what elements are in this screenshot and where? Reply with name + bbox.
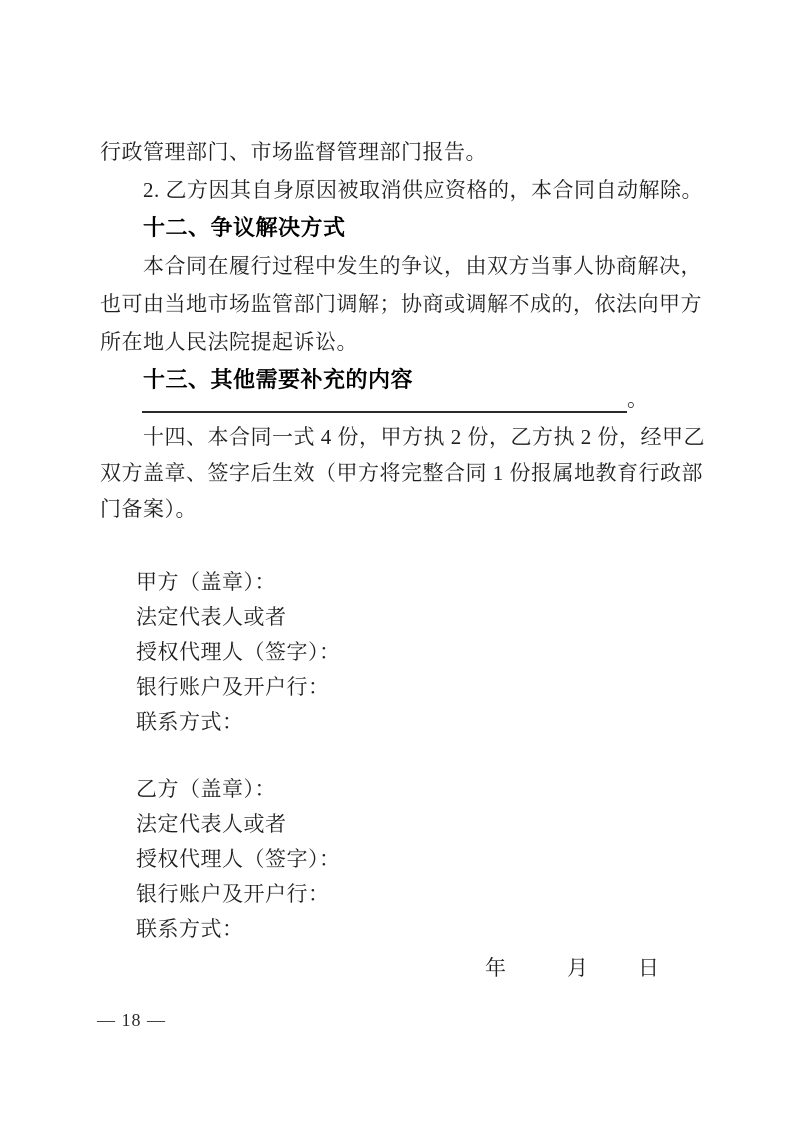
party-b-signature-block: 乙方（盖章）： 法定代表人或者 授权代理人（签字）： 银行账户及开户行： 联系方… xyxy=(100,772,710,947)
clause2-line: 2. 乙方因其自身原因被取消供应资格的，本合同自动解除。 xyxy=(100,171,710,209)
party-a-agent-line: 授权代理人（签字）： xyxy=(100,635,710,670)
party-b-contact-line: 联系方式： xyxy=(100,912,710,947)
party-b-bank-line: 银行账户及开户行： xyxy=(100,877,710,912)
report-line: 行政管理部门、市场监督管理部门报告。 xyxy=(100,133,710,171)
dispute-line-1: 本合同在履行过程中发生的争议，由双方当事人协商解决， xyxy=(100,247,710,285)
date-line: 年月日 xyxy=(100,950,659,986)
main-text-block: 行政管理部门、市场监督管理部门报告。 2. 乙方因其自身原因被取消供应资格的，本… xyxy=(100,133,710,399)
page-number: — 18 — xyxy=(97,1005,166,1035)
blank-terminator: 。 xyxy=(627,387,648,411)
clause14-line-3: 门备案）。 xyxy=(100,491,710,527)
party-a-contact-line: 联系方式： xyxy=(100,705,710,740)
document-page: 行政管理部门、市场监督管理部门报告。 2. 乙方因其自身原因被取消供应资格的，本… xyxy=(0,0,793,1121)
clause14-line-2: 双方盖章、签字后生效（甲方将完整合同 1 份报属地教育行政部 xyxy=(100,455,710,491)
party-b-seal-line: 乙方（盖章）： xyxy=(100,772,710,807)
party-a-bank-line: 银行账户及开户行： xyxy=(100,670,710,705)
dispute-line-3: 所在地人民法院提起诉讼。 xyxy=(100,323,710,361)
article-13-blank-row: 。 xyxy=(100,385,648,413)
party-a-seal-line: 甲方（盖章）： xyxy=(100,565,710,600)
heading-article-12: 十二、争议解决方式 xyxy=(100,209,710,247)
clause14-line-1: 十四、本合同一式 4 份，甲方执 2 份，乙方执 2 份，经甲乙 xyxy=(100,419,710,455)
party-a-legal-rep-line: 法定代表人或者 xyxy=(100,600,710,635)
date-month-label: 月 xyxy=(567,950,588,986)
party-b-legal-rep-line: 法定代表人或者 xyxy=(100,807,710,842)
blank-underline xyxy=(142,387,627,413)
date-year-label: 年 xyxy=(485,956,506,980)
party-b-agent-line: 授权代理人（签字）： xyxy=(100,842,710,877)
party-a-signature-block: 甲方（盖章）： 法定代表人或者 授权代理人（签字）： 银行账户及开户行： 联系方… xyxy=(100,565,710,740)
dispute-line-2: 也可由当地市场监管部门调解；协商或调解不成的，依法向甲方 xyxy=(100,285,710,323)
date-day-label: 日 xyxy=(638,950,659,986)
article-14-block: 十四、本合同一式 4 份，甲方执 2 份，乙方执 2 份，经甲乙 双方盖章、签字… xyxy=(100,419,710,527)
